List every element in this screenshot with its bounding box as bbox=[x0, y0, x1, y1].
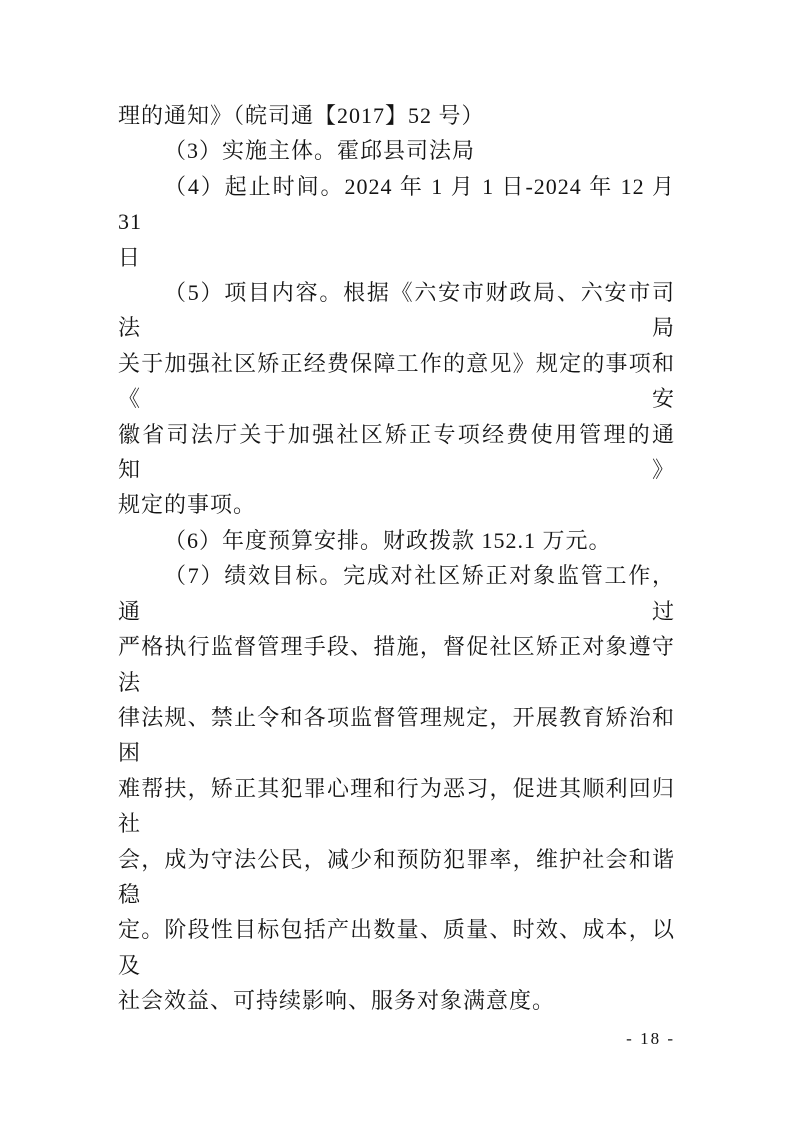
text-line-7: 徽省司法厅关于加强社区矫正专项经费使用管理的通知》 bbox=[118, 417, 675, 488]
text-line-8: 规定的事项。 bbox=[118, 487, 675, 522]
text-line-1: 理的通知》（皖司通【2017】52 号） bbox=[118, 98, 675, 133]
text-line-14: 会，成为守法公民，减少和预防犯罪率，维护社会和谐稳 bbox=[118, 842, 675, 913]
text-line-3: （4）起止时间。2024 年 1 月 1 日-2024 年 12 月 31 bbox=[118, 169, 675, 240]
text-line-6: 关于加强社区矫正经费保障工作的意见》规定的事项和《安 bbox=[118, 346, 675, 417]
text-line-4: 日 bbox=[118, 240, 675, 275]
document-body: 理的通知》（皖司通【2017】52 号） （3）实施主体。霍邱县司法局 （4）起… bbox=[118, 98, 675, 1019]
text-line-12: 律法规、禁止令和各项监督管理规定，开展教育矫治和困 bbox=[118, 700, 675, 771]
page-number: - 18 - bbox=[626, 1029, 675, 1049]
text-line-11: 严格执行监督管理手段、措施，督促社区矫正对象遵守法 bbox=[118, 629, 675, 700]
document-page: 理的通知》（皖司通【2017】52 号） （3）实施主体。霍邱县司法局 （4）起… bbox=[0, 0, 793, 1122]
text-line-13: 难帮扶，矫正其犯罪心理和行为恶习，促进其顺利回归社 bbox=[118, 771, 675, 842]
text-line-2: （3）实施主体。霍邱县司法局 bbox=[118, 133, 675, 168]
text-line-10: （7）绩效目标。完成对社区矫正对象监管工作，通过 bbox=[118, 558, 675, 629]
text-line-16: 社会效益、可持续影响、服务对象满意度。 bbox=[118, 983, 675, 1018]
text-line-5: （5）项目内容。根据《六安市财政局、六安市司法局 bbox=[118, 275, 675, 346]
text-line-9: （6）年度预算安排。财政拨款 152.1 万元。 bbox=[118, 523, 675, 558]
text-line-15: 定。阶段性目标包括产出数量、质量、时效、成本，以及 bbox=[118, 912, 675, 983]
